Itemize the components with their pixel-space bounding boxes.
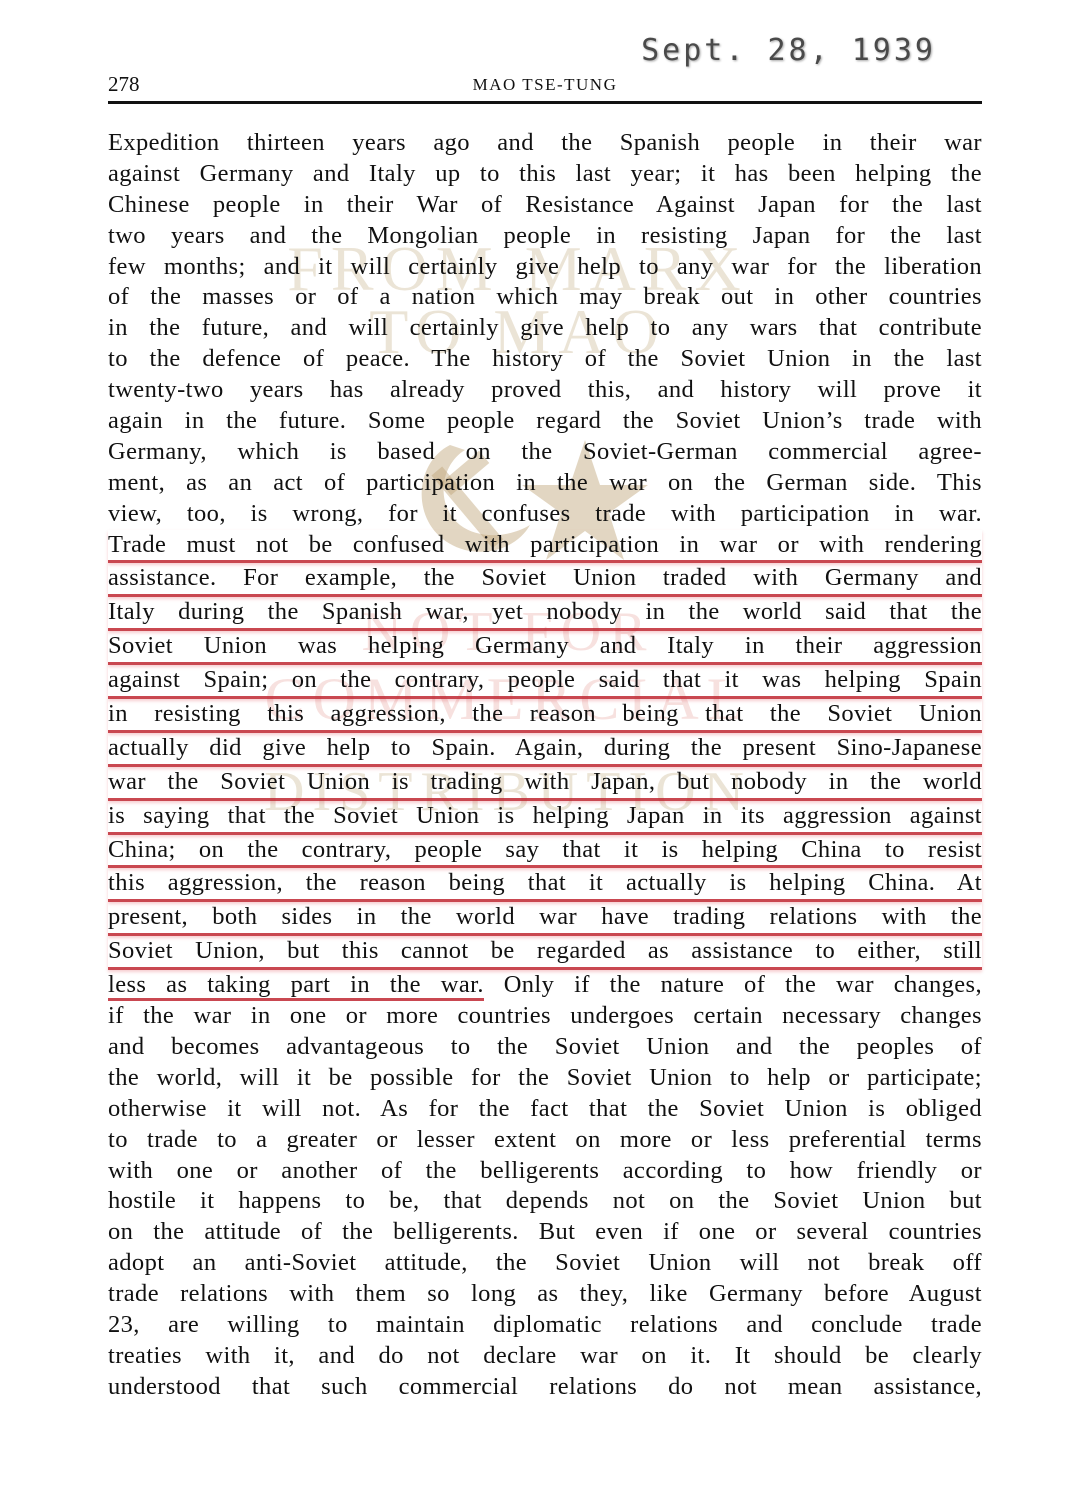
underlined-fragment: less as taking part in the war. xyxy=(108,971,484,1001)
underlined-line: this aggression, the reason being that i… xyxy=(108,868,982,902)
running-title: MAO TSE-TUNG xyxy=(108,75,982,95)
underlined-line: actually did give help to Spain. Again, … xyxy=(108,733,982,767)
text-line: to trade to a greater or lesser extent o… xyxy=(108,1125,982,1156)
text-line: on the attitude of the belligerents. But… xyxy=(108,1217,982,1248)
text-line: Expedition thirteen years ago and the Sp… xyxy=(108,128,982,159)
underlined-line: war the Soviet Union is trading with Jap… xyxy=(108,767,982,801)
text-line: in the future, and will certainly give h… xyxy=(108,313,982,344)
header-rule xyxy=(108,101,982,104)
underlined-line: Soviet Union was helping Germany and Ita… xyxy=(108,631,982,665)
text-line: Germany, which is based on the Soviet-Ge… xyxy=(108,437,982,468)
text-line: if the war in one or more countries unde… xyxy=(108,1001,982,1032)
document-page: Sept. 28, 1939 278 MAO TSE-TUNG FROM MAR… xyxy=(0,0,1076,1502)
text-line: few months; and it will certainly give h… xyxy=(108,252,982,283)
text-fragment: Only if the nature of the war changes, xyxy=(484,971,982,998)
text-line: and becomes advantageous to the Soviet U… xyxy=(108,1032,982,1063)
text-line: to the defence of peace. The history of … xyxy=(108,344,982,375)
text-line: two years and the Mongolian people in re… xyxy=(108,221,982,252)
text-line: of the masses or of a nation which may b… xyxy=(108,282,982,313)
text-line: 23, are willing to maintain diplomatic r… xyxy=(108,1310,982,1341)
text-line: treaties with it, and do not declare war… xyxy=(108,1341,982,1372)
date-stamp: Sept. 28, 1939 xyxy=(641,33,936,68)
text-line: hostile it happens to be, that depends n… xyxy=(108,1186,982,1217)
underlined-line: Italy during the Spanish war, yet nobody… xyxy=(108,597,982,631)
underlined-line: Soviet Union, but this cannot be regarde… xyxy=(108,936,982,970)
underlined-line: in resisting this aggression, the reason… xyxy=(108,699,982,733)
text-line: with one or another of the belligerents … xyxy=(108,1156,982,1187)
underlined-line: assistance. For example, the Soviet Unio… xyxy=(108,563,982,597)
underlined-line: China; on the contrary, people say that … xyxy=(108,835,982,869)
text-line: against Germany and Italy up to this las… xyxy=(108,159,982,190)
underlined-line: Trade must not be confused with particip… xyxy=(108,530,982,564)
text-line: Chinese people in their War of Resistanc… xyxy=(108,190,982,221)
text-line: ment, as an act of participation in the … xyxy=(108,468,982,499)
underlined-line: against Spain; on the contrary, people s… xyxy=(108,665,982,699)
page-header: 278 MAO TSE-TUNG xyxy=(108,70,982,100)
underlined-line: present, both sides in the world war hav… xyxy=(108,902,982,936)
underlined-line: is saying that the Soviet Union is helpi… xyxy=(108,801,982,835)
text-line: the world, will it be possible for the S… xyxy=(108,1063,982,1094)
text-line: again in the future. Some people regard … xyxy=(108,406,982,437)
body-text: Expedition thirteen years ago and the Sp… xyxy=(108,128,982,1403)
text-line: view, too, is wrong, for it confuses tra… xyxy=(108,499,982,530)
text-line: otherwise it will not. As for the fact t… xyxy=(108,1094,982,1125)
text-line-split: less as taking part in the war. Only if … xyxy=(108,970,982,1001)
text-line: trade relations with them so long as the… xyxy=(108,1279,982,1310)
text-line: understood that such commercial relation… xyxy=(108,1372,982,1403)
text-line: twenty-two years has already proved this… xyxy=(108,375,982,406)
text-line: adopt an anti-Soviet attitude, the Sovie… xyxy=(108,1248,982,1279)
